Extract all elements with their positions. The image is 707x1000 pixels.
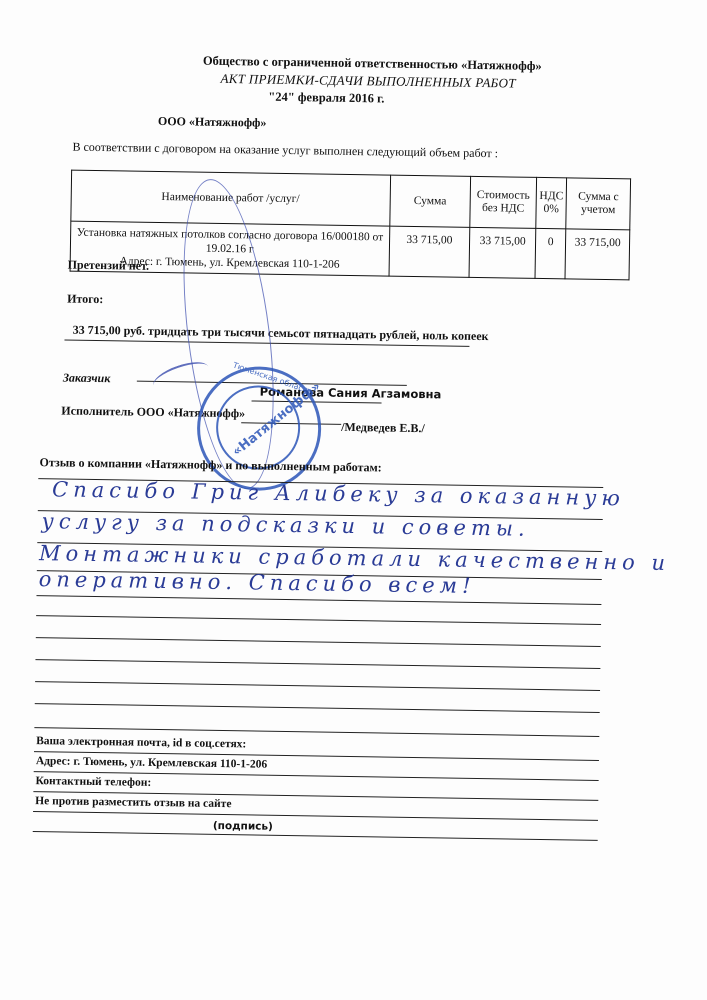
table-header-row: Наименование работ /услуг/ Сумма Стоимос… [71,170,631,230]
document-date: "24" февраля 2016 г. [268,90,384,107]
work-sum: 33 715,00 [389,226,470,277]
organization-name: ООО «Натяжнофф» [158,114,267,131]
customer-label: Заказчик [63,370,111,386]
work-total: 33 715,00 [565,229,630,280]
act-document: Общество с ограниченной ответственностью… [0,0,707,1000]
review-line [35,703,600,713]
total-label: Итого: [67,292,103,308]
review-line [36,615,601,625]
works-table: Наименование работ /услуг/ Сумма Стоимос… [70,170,632,281]
consent-field-line [33,811,598,821]
review-label: Отзыв о компании «Натяжнофф» и по выполн… [39,455,381,475]
handwritten-review-line: Спасибо Григ Алибеку за оказанную [52,477,625,510]
col-header-sum: Сумма [389,175,470,227]
consent-field-label: Не против разместить отзыв на сайте [35,795,231,810]
review-line [35,659,600,669]
document-title: АКТ ПРИЕМКИ-СДАЧИ ВЫПОЛНЕННЫХ РАБОТ [220,71,515,92]
col-header-vat: НДС 0% [536,177,567,228]
phone-field-label: Контактный телефон: [35,775,151,789]
col-header-total: Сумма с учетом [566,178,631,230]
claims-text: Претензий нет. [68,258,150,274]
col-header-cost: Стоимость без НДС [470,176,537,228]
email-field-label: Ваша электронная почта, id в соц.сетях: [36,735,246,750]
review-line [36,637,601,647]
contractor-name: /Медведев Е.В./ [341,420,425,436]
table-row: Установка натяжных потолков согласно дог… [70,221,630,280]
handwritten-review-line: оперативно. Спасибо всем! [39,567,476,598]
review-line [35,681,600,691]
signature-label: (подпись) [213,820,273,833]
address-field: Адрес: г. Тюмень, ул. Кремлевская 110-1-… [36,755,267,771]
work-vat: 0 [535,228,566,278]
review-line [36,595,601,605]
intro-text: В соответствии с договором на оказание у… [72,140,498,162]
signature-line [33,831,598,841]
handwritten-review-line: услугу за подсказки и советы. [41,509,529,541]
work-cost-no-vat: 33 715,00 [469,227,536,278]
